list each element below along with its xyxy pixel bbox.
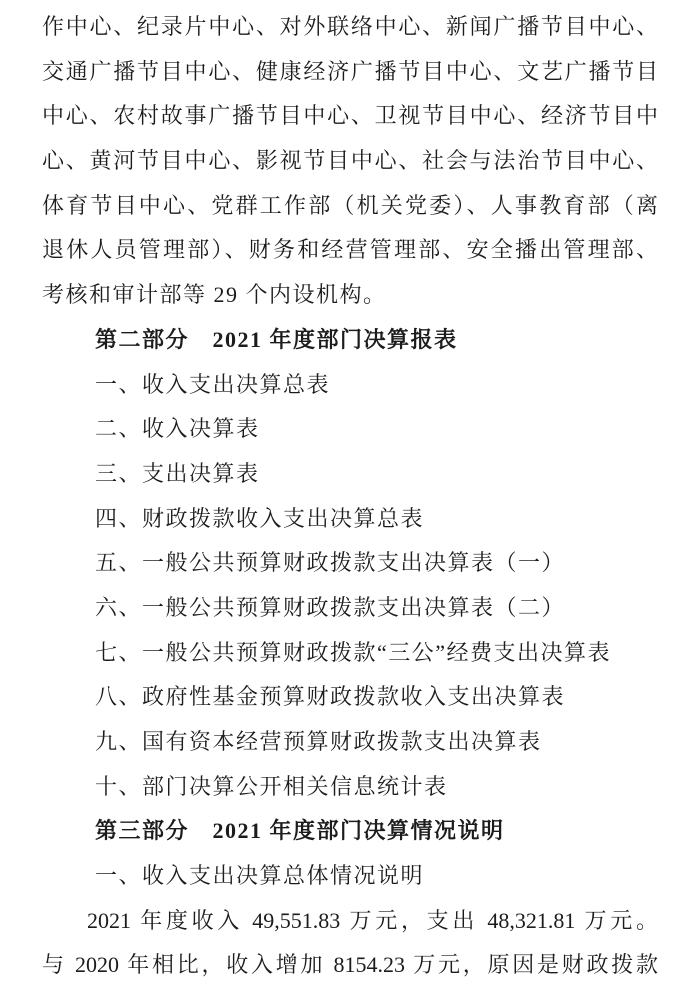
intro-line: 心、黄河节目中心、影视节目中心、社会与法治节目中心、 xyxy=(42,139,658,184)
intro-line: 交通广播节目中心、健康经济广播节目中心、文艺广播节目 xyxy=(42,50,658,95)
intro-line: 体育节目中心、党群工作部（机关党委）、人事教育部（离 xyxy=(42,184,658,229)
report-list-item-2: 二、收入决算表 xyxy=(42,407,658,452)
intro-line: 退休人员管理部）、财务和经营管理部、安全播出管理部、 xyxy=(42,228,658,273)
intro-line: 中心、农村故事广播节目中心、卫视节目中心、经济节目中 xyxy=(42,94,658,139)
document-content: 作中心、纪录片中心、对外联络中心、新闻广播节目中心、 交通广播节目中心、健康经济… xyxy=(0,0,700,988)
report-list-item-7: 七、一般公共预算财政拨款“三公”经费支出决算表 xyxy=(42,631,658,676)
intro-line: 作中心、纪录片中心、对外联络中心、新闻广播节目中心、 xyxy=(42,5,658,50)
report-list-item-10: 十、部门决算公开相关信息统计表 xyxy=(42,765,658,810)
report-list-item-8: 八、政府性基金预算财政拨款收入支出决算表 xyxy=(42,675,658,720)
section3-subheading: 一、收入支出决算总体情况说明 xyxy=(42,854,658,899)
intro-line: 考核和审计部等 29 个内设机构。 xyxy=(42,273,658,318)
report-list-item-6: 六、一般公共预算财政拨款支出决算表（二） xyxy=(42,586,658,631)
report-list-item-4: 四、财政拨款收入支出决算总表 xyxy=(42,497,658,542)
body-paragraph-line: 与 2020 年相比，收入增加 8154.23 万元，原因是财政拨款 xyxy=(42,943,658,988)
section2-heading: 第二部分 2021 年度部门决算报表 xyxy=(42,318,658,363)
document-page: 作中心、纪录片中心、对外联络中心、新闻广播节目中心、 交通广播节目中心、健康经济… xyxy=(0,0,700,992)
report-list-item-5: 五、一般公共预算财政拨款支出决算表（一） xyxy=(42,541,658,586)
report-list-item-3: 三、支出决算表 xyxy=(42,452,658,497)
report-list-item-1: 一、收入支出决算总表 xyxy=(42,363,658,408)
report-list-item-9: 九、国有资本经营预算财政拨款支出决算表 xyxy=(42,720,658,765)
body-paragraph-line: 2021 年度收入 49,551.83 万元，支出 48,321.81 万元。 xyxy=(42,899,658,944)
section3-heading: 第三部分 2021 年度部门决算情况说明 xyxy=(42,809,658,854)
